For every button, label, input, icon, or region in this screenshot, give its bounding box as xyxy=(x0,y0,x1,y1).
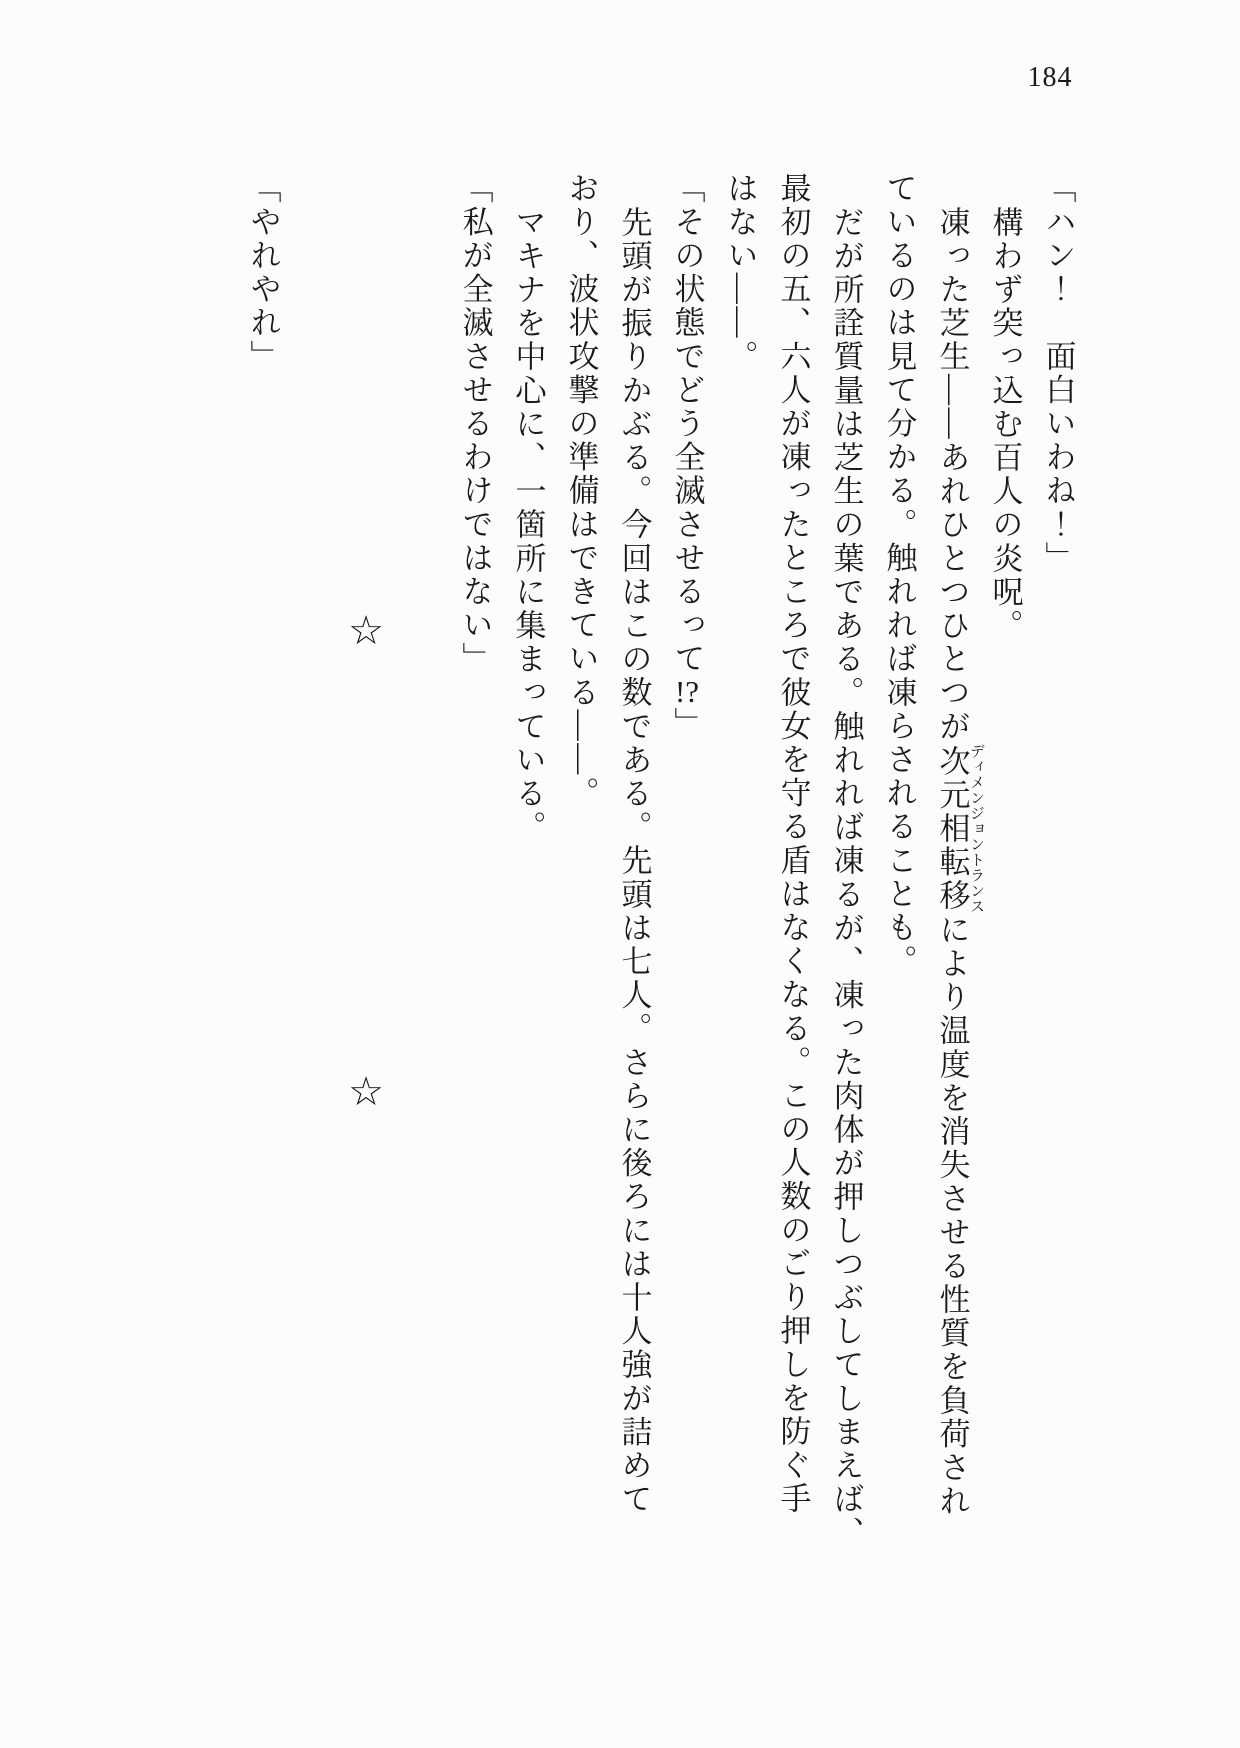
book-page: 184 「ハン！ 面白いわね！」構わず突っ込む百人の炎呪。凍った芝生――あれひと… xyxy=(0,0,1240,1748)
text-line-1: 「ハン！ 面白いわね！」 xyxy=(1032,172,1085,575)
scene-break-star: ☆ xyxy=(348,611,384,651)
text-line-6: 最初の五、六人が凍ったところで彼女を守る盾はなくなる。この人数のごり押しを防ぐ手 xyxy=(767,172,820,1516)
text-line-7: はない――。 xyxy=(714,172,767,374)
text-line-12: 「私が全滅させるわけではない」 xyxy=(449,172,502,676)
text-line-5: だが所詮質量は芝生の葉である。触れれば凍るが、凍った肉体が押しつぶしてしまえば、 xyxy=(820,172,873,1550)
tatechuyoko-exclamation-question: !? xyxy=(670,676,705,707)
text-line-16: 「やれやれ」 xyxy=(237,172,290,374)
text-line-11: マキナを中心に、一箇所に集まっている。 xyxy=(502,172,555,844)
vertical-text-block: 「ハン！ 面白いわね！」構わず突っ込む百人の炎呪。凍った芝生――あれひとつひとつ… xyxy=(0,0,1240,1748)
text-line-9: 先頭が振りかぶる。今回はこの数である。先頭は七人。さらに後ろには十人強が詰めて xyxy=(608,172,661,1516)
text-line-3: 凍った芝生――あれひとつひとつが次元相転移ディメンジョントランスにより温度を消失… xyxy=(926,172,985,1518)
text-line-4: ているのは見て分かる。触れれば凍らされることも。 xyxy=(873,172,926,978)
text-line-8: 「その状態でどう全滅させるって!?」 xyxy=(661,172,714,741)
text-line-2: 構わず突っ込む百人の炎呪。 xyxy=(979,172,1032,643)
text-line-10: おり、波状攻撃の準備はできている――。 xyxy=(555,172,608,810)
ruby-annotated-text: 次元相転移ディメンジョントランス xyxy=(935,744,970,914)
scene-break-star: ☆ xyxy=(348,1072,384,1112)
